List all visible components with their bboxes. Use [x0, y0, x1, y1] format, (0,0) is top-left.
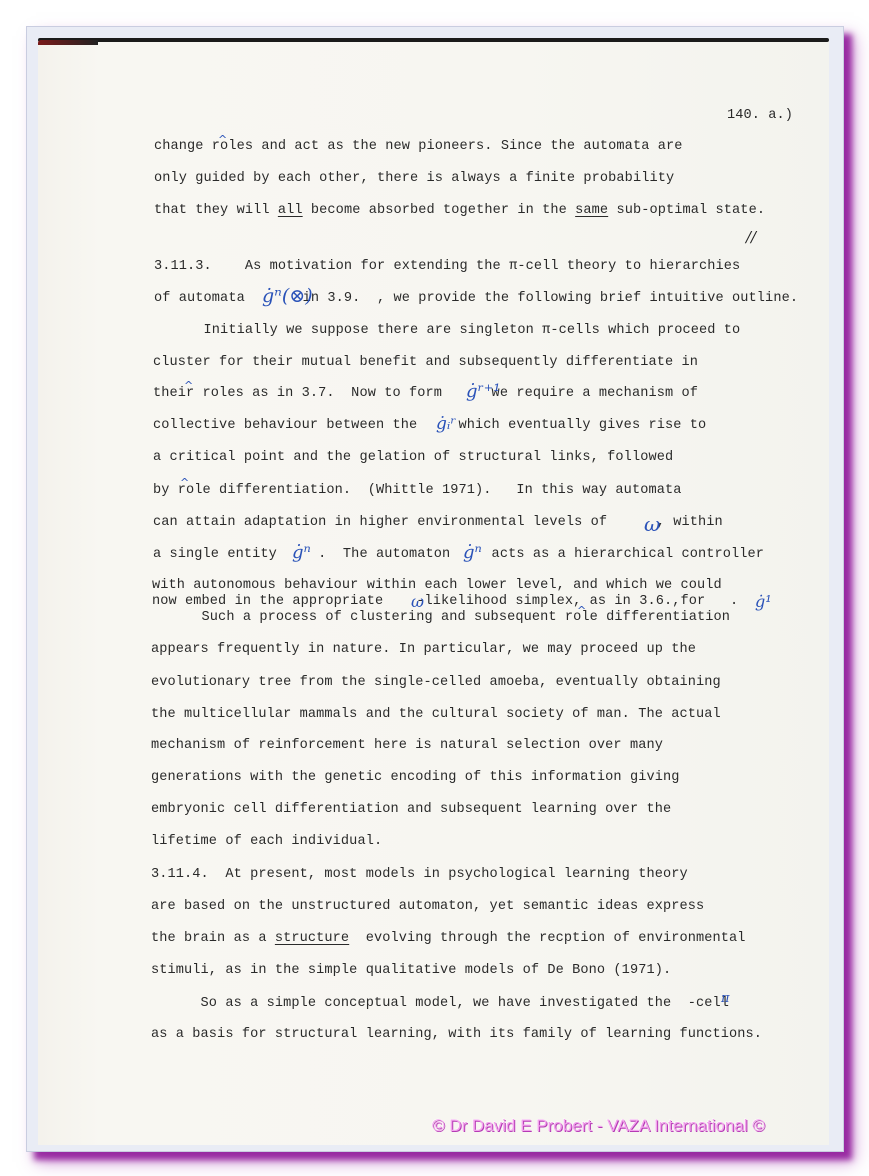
text-line: a single entity . The automaton acts as …	[153, 547, 764, 562]
text-line: as a basis for structural learning, with…	[151, 1027, 762, 1042]
text-line: that they will all become absorbed toget…	[154, 203, 765, 218]
end-mark: //	[746, 228, 756, 246]
text-line: the multicellular mammals and the cultur…	[151, 707, 721, 722]
text-line: change roles and act as the new pioneers…	[154, 139, 682, 154]
text-line: lifetime of each individual.	[151, 834, 382, 849]
text-line: only guided by each other, there is alwa…	[154, 171, 674, 186]
page-number: 140. a.)	[727, 108, 793, 123]
handwritten-g-n: ġⁿ	[292, 542, 311, 563]
handwritten-caret-4: ^	[577, 604, 586, 617]
copyright-watermark: © Dr David E Probert - VAZA Internationa…	[432, 1116, 765, 1136]
handwritten-g-r-plus-1: ġʳ⁺¹	[466, 381, 501, 402]
text-line: of automata in 3.9. , we provide the fol…	[154, 291, 798, 306]
handwritten-g-1: ġ¹	[755, 592, 772, 611]
handwritten-g-r-i: ġᵢʳ	[436, 414, 456, 434]
text-line: are based on the unstructured automaton,…	[151, 899, 704, 914]
text-line: Initially we suppose there are singleton…	[154, 323, 740, 338]
text-line: stimuli, as in the simple qualitative mo…	[151, 963, 671, 978]
text-line: generations with the genetic encoding of…	[151, 770, 679, 785]
text-line: their roles as in 3.7. Now to form we re…	[153, 386, 698, 401]
text-line: evolutionary tree from the single-celled…	[151, 675, 721, 690]
text-line: 3.11.4. At present, most models in psych…	[151, 867, 688, 882]
handwritten-g-n-otimes: ġⁿ(⊗)	[262, 285, 313, 307]
handwritten-omega: ω	[644, 512, 660, 536]
text-line: with autonomous behaviour within each lo…	[152, 578, 722, 593]
text-line: embryonic cell differentiation and subse…	[151, 802, 671, 817]
text-line: So as a simple conceptual model, we have…	[151, 996, 729, 1011]
text-line: a critical point and the gelation of str…	[153, 450, 673, 465]
text-line: Such a process of clustering and subsequ…	[152, 610, 730, 625]
text-line: the brain as a structure evolving throug…	[151, 931, 746, 946]
text-line: 3.11.3. As motivation for extending the …	[154, 259, 740, 274]
text-line: cluster for their mutual benefit and sub…	[153, 355, 698, 370]
handwritten-caret-2: ^	[184, 379, 193, 392]
text-line: by role differentiation. (Whittle 1971).…	[153, 483, 681, 498]
handwritten-omega-2: ω	[411, 592, 424, 611]
text-line: can attain adaptation in higher environm…	[153, 515, 723, 530]
page-corner-shadow	[38, 40, 98, 45]
text-line: collective behaviour between the which e…	[153, 418, 706, 433]
handwritten-caret-3: ^	[180, 476, 189, 489]
text-line: mechanism of reinforcement here is natur…	[151, 738, 663, 753]
handwritten-pi: π	[721, 991, 730, 1006]
handwritten-caret: ^	[218, 133, 227, 146]
text-line: now embed in the appropriate -likelihood…	[152, 594, 738, 609]
page-top-edge	[38, 38, 829, 42]
text-line: appears frequently in nature. In particu…	[151, 642, 696, 657]
handwritten-g-n-2: ġⁿ	[463, 542, 482, 563]
